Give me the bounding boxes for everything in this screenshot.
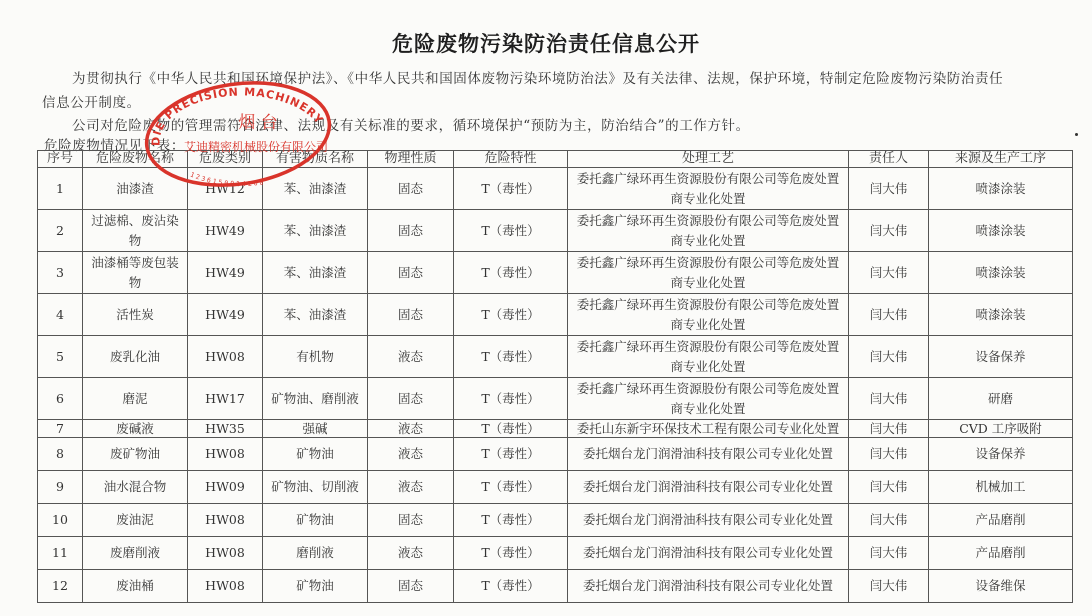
header-process: 处理工艺 — [568, 151, 849, 168]
header-source: 来源及生产工序 — [929, 151, 1073, 168]
cell-state: 液态 — [368, 438, 454, 471]
cell-person: 闫大伟 — [849, 336, 929, 378]
cell-category: HW49 — [188, 210, 263, 252]
cell-substance: 矿物油 — [263, 504, 368, 537]
table-header-row: 序号 危险废物名称 危废类别 有害物质名称 物理性质 危险特性 处理工艺 责任人… — [38, 151, 1073, 168]
cell-person: 闫大伟 — [849, 294, 929, 336]
cell-person: 闫大伟 — [849, 378, 929, 420]
cell-process: 委托山东新宇环保技术工程有限公司专业化处置 — [568, 420, 849, 438]
cell-process: 委托烟台龙门润滑油科技有限公司专业化处置 — [568, 537, 849, 570]
cell-category: HW08 — [188, 504, 263, 537]
cell-category: HW49 — [188, 294, 263, 336]
cell-category: HW09 — [188, 471, 263, 504]
page-title: 危险废物污染防治责任信息公开 — [0, 28, 1092, 58]
cell-no: 12 — [38, 570, 83, 603]
cell-process: 委托鑫广绿环再生资源股份有限公司等危废处置商专业化处置 — [568, 294, 849, 336]
header-substance: 有害物质名称 — [263, 151, 368, 168]
header-no: 序号 — [38, 151, 83, 168]
cell-person: 闫大伟 — [849, 168, 929, 210]
cell-substance: 苯、油漆渣 — [263, 168, 368, 210]
cell-state: 液态 — [368, 471, 454, 504]
cell-source: 机械加工 — [929, 471, 1073, 504]
cell-category: HW49 — [188, 252, 263, 294]
cell-category: HW35 — [188, 420, 263, 438]
cell-name: 过滤棉、废沾染物 — [83, 210, 188, 252]
cell-name: 废碱液 — [83, 420, 188, 438]
cell-process: 委托烟台龙门润滑油科技有限公司专业化处置 — [568, 570, 849, 603]
table-row: 6磨泥HW17矿物油、磨削液固态T（毒性）委托鑫广绿环再生资源股份有限公司等危废… — [38, 378, 1073, 420]
cell-state: 液态 — [368, 537, 454, 570]
cell-hazard: T（毒性） — [454, 570, 568, 603]
cell-substance: 磨削液 — [263, 537, 368, 570]
cell-hazard: T（毒性） — [454, 252, 568, 294]
cell-name: 油水混合物 — [83, 471, 188, 504]
table-row: 8废矿物油HW08矿物油液态T（毒性）委托烟台龙门润滑油科技有限公司专业化处置闫… — [38, 438, 1073, 471]
cell-name: 磨泥 — [83, 378, 188, 420]
cell-substance: 强碱 — [263, 420, 368, 438]
cell-source: 产品磨削 — [929, 504, 1073, 537]
cell-no: 3 — [38, 252, 83, 294]
cell-no: 11 — [38, 537, 83, 570]
cell-state: 固态 — [368, 168, 454, 210]
cell-source: 研磨 — [929, 378, 1073, 420]
table-row: 7废碱液HW35强碱液态T（毒性）委托山东新宇环保技术工程有限公司专业化处置闫大… — [38, 420, 1073, 438]
cell-state: 固态 — [368, 504, 454, 537]
cell-category: HW17 — [188, 378, 263, 420]
table-row: 2过滤棉、废沾染物HW49苯、油漆渣固态T（毒性）委托鑫广绿环再生资源股份有限公… — [38, 210, 1073, 252]
cell-substance: 矿物油 — [263, 438, 368, 471]
cell-no: 1 — [38, 168, 83, 210]
cell-category: HW08 — [188, 336, 263, 378]
cell-source: 喷漆涂装 — [929, 210, 1073, 252]
cell-source: 产品磨削 — [929, 537, 1073, 570]
cell-name: 油漆桶等废包装物 — [83, 252, 188, 294]
cell-process: 委托烟台龙门润滑油科技有限公司专业化处置 — [568, 438, 849, 471]
cell-no: 5 — [38, 336, 83, 378]
hazardous-waste-table: 序号 危险废物名称 危废类别 有害物质名称 物理性质 危险特性 处理工艺 责任人… — [37, 150, 1073, 603]
table-row: 5废乳化油HW08有机物液态T（毒性）委托鑫广绿环再生资源股份有限公司等危废处置… — [38, 336, 1073, 378]
cell-person: 闫大伟 — [849, 537, 929, 570]
cell-person: 闫大伟 — [849, 570, 929, 603]
table-row: 4活性炭HW49苯、油漆渣固态T（毒性）委托鑫广绿环再生资源股份有限公司等危废处… — [38, 294, 1073, 336]
table-row: 11废磨削液HW08磨削液液态T（毒性）委托烟台龙门润滑油科技有限公司专业化处置… — [38, 537, 1073, 570]
cell-source: 喷漆涂装 — [929, 294, 1073, 336]
table-row: 9油水混合物HW09矿物油、切削液液态T（毒性）委托烟台龙门润滑油科技有限公司专… — [38, 471, 1073, 504]
cell-person: 闫大伟 — [849, 420, 929, 438]
header-person: 责任人 — [849, 151, 929, 168]
table-row: 10废油泥HW08矿物油固态T（毒性）委托烟台龙门润滑油科技有限公司专业化处置闫… — [38, 504, 1073, 537]
cell-process: 委托烟台龙门润滑油科技有限公司专业化处置 — [568, 504, 849, 537]
cell-substance: 有机物 — [263, 336, 368, 378]
cell-substance: 苯、油漆渣 — [263, 252, 368, 294]
cell-no: 8 — [38, 438, 83, 471]
cell-state: 固态 — [368, 210, 454, 252]
cell-process: 委托鑫广绿环再生资源股份有限公司等危废处置商专业化处置 — [568, 252, 849, 294]
cell-name: 活性炭 — [83, 294, 188, 336]
cell-process: 委托鑫广绿环再生资源股份有限公司等危废处置商专业化处置 — [568, 336, 849, 378]
cell-state: 固态 — [368, 294, 454, 336]
cell-source: 喷漆涂装 — [929, 168, 1073, 210]
cell-person: 闫大伟 — [849, 210, 929, 252]
cell-hazard: T（毒性） — [454, 168, 568, 210]
header-category: 危废类别 — [188, 151, 263, 168]
cell-state: 液态 — [368, 336, 454, 378]
cell-source: 设备维保 — [929, 570, 1073, 603]
cell-substance: 矿物油、磨削液 — [263, 378, 368, 420]
cell-person: 闫大伟 — [849, 504, 929, 537]
cell-hazard: T（毒性） — [454, 294, 568, 336]
cell-process: 委托鑫广绿环再生资源股份有限公司等危废处置商专业化处置 — [568, 210, 849, 252]
header-name: 危险废物名称 — [83, 151, 188, 168]
cell-name: 废油泥 — [83, 504, 188, 537]
cell-category: HW08 — [188, 438, 263, 471]
cell-category: HW12 — [188, 168, 263, 210]
scan-speck — [1075, 133, 1078, 136]
cell-no: 6 — [38, 378, 83, 420]
cell-hazard: T（毒性） — [454, 210, 568, 252]
cell-process: 委托烟台龙门润滑油科技有限公司专业化处置 — [568, 471, 849, 504]
policy-paragraph: 公司对危险废物的管理需符合法律、法规及有关标准的要求，循环境保护“预防为主，防治… — [72, 114, 750, 134]
intro-paragraph-line1: 为贯彻执行《中华人民共和国环境保护法》、《中华人民共和国固体废物污染环境防治法》… — [72, 67, 1003, 87]
cell-name: 废油桶 — [83, 570, 188, 603]
cell-name: 废磨削液 — [83, 537, 188, 570]
table-row: 3油漆桶等废包装物HW49苯、油漆渣固态T（毒性）委托鑫广绿环再生资源股份有限公… — [38, 252, 1073, 294]
cell-substance: 矿物油 — [263, 570, 368, 603]
cell-name: 废矿物油 — [83, 438, 188, 471]
cell-hazard: T（毒性） — [454, 378, 568, 420]
cell-hazard: T（毒性） — [454, 504, 568, 537]
cell-substance: 矿物油、切削液 — [263, 471, 368, 504]
cell-state: 固态 — [368, 378, 454, 420]
cell-hazard: T（毒性） — [454, 438, 568, 471]
cell-substance: 苯、油漆渣 — [263, 294, 368, 336]
cell-state: 固态 — [368, 570, 454, 603]
table-row: 1油漆渣HW12苯、油漆渣固态T（毒性）委托鑫广绿环再生资源股份有限公司等危废处… — [38, 168, 1073, 210]
cell-state: 固态 — [368, 252, 454, 294]
cell-hazard: T（毒性） — [454, 336, 568, 378]
cell-person: 闫大伟 — [849, 438, 929, 471]
cell-no: 9 — [38, 471, 83, 504]
cell-source: 设备保养 — [929, 336, 1073, 378]
cell-hazard: T（毒性） — [454, 420, 568, 438]
cell-process: 委托鑫广绿环再生资源股份有限公司等危废处置商专业化处置 — [568, 168, 849, 210]
cell-hazard: T（毒性） — [454, 537, 568, 570]
cell-name: 废乳化油 — [83, 336, 188, 378]
header-state: 物理性质 — [368, 151, 454, 168]
cell-category: HW08 — [188, 537, 263, 570]
cell-no: 4 — [38, 294, 83, 336]
cell-state: 液态 — [368, 420, 454, 438]
cell-process: 委托鑫广绿环再生资源股份有限公司等危废处置商专业化处置 — [568, 378, 849, 420]
cell-source: 喷漆涂装 — [929, 252, 1073, 294]
cell-hazard: T（毒性） — [454, 471, 568, 504]
cell-no: 7 — [38, 420, 83, 438]
intro-paragraph-line2: 信息公开制度。 — [42, 91, 141, 111]
table-row: 12废油桶HW08矿物油固态T（毒性）委托烟台龙门润滑油科技有限公司专业化处置闫… — [38, 570, 1073, 603]
cell-substance: 苯、油漆渣 — [263, 210, 368, 252]
cell-no: 10 — [38, 504, 83, 537]
cell-category: HW08 — [188, 570, 263, 603]
header-hazard: 危险特性 — [454, 151, 568, 168]
cell-person: 闫大伟 — [849, 252, 929, 294]
cell-person: 闫大伟 — [849, 471, 929, 504]
cell-name: 油漆渣 — [83, 168, 188, 210]
cell-no: 2 — [38, 210, 83, 252]
cell-source: CVD 工序吸附 — [929, 420, 1073, 438]
cell-source: 设备保养 — [929, 438, 1073, 471]
